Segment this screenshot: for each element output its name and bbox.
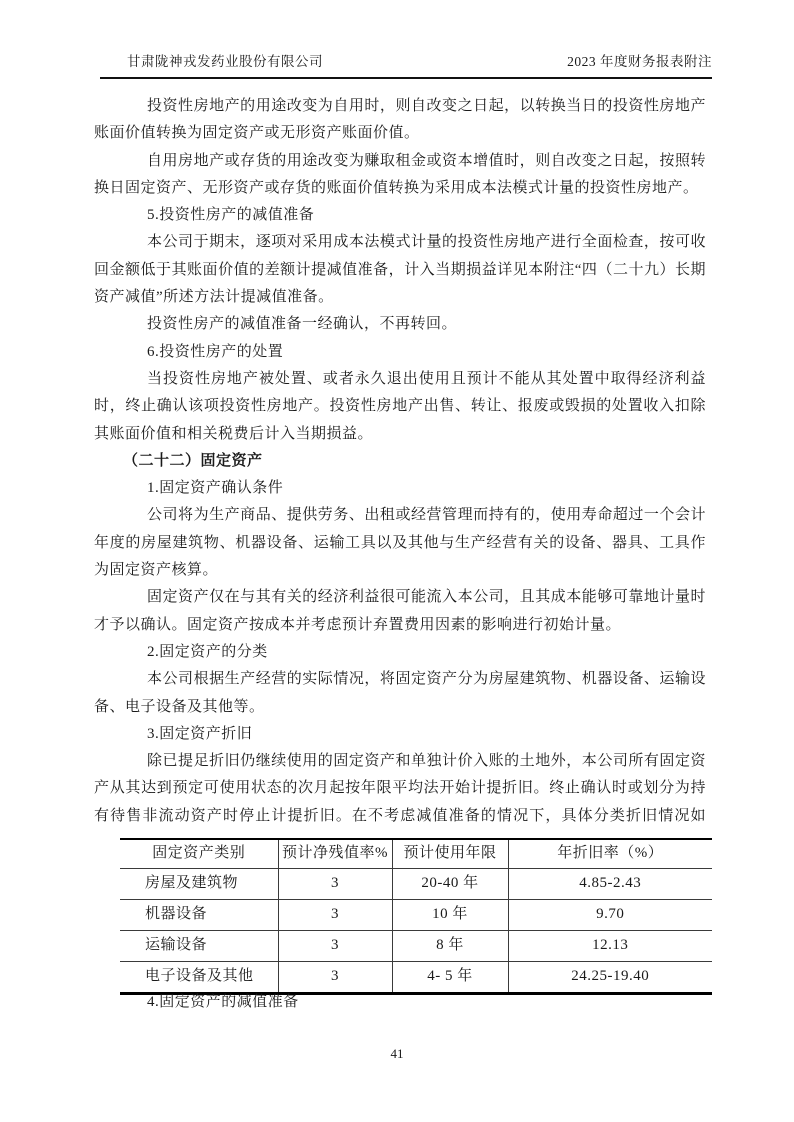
table-cell: 9.70 [508,900,712,931]
page-footer: 41 [0,1046,794,1062]
doc-title: 2023 年度财务报表附注 [567,50,712,70]
table-cell: 3 [278,931,392,962]
section-heading-fixed-assets: （二十二）固定资产 [94,448,706,475]
document-page: 甘肃陇神戎发药业股份有限公司 2023 年度财务报表附注 投资性房地产的用途改变… [0,0,794,1122]
table-header-useful-life: 预计使用年限 [392,839,508,869]
table-cell: 房屋及建筑物 [120,869,278,900]
paragraph-recognition-detail: 公司将为生产商品、提供劳务、出租或经营管理而持有的，使用寿命超过一个会计年度的房… [94,502,706,584]
table-cell: 4.85-2.43 [508,869,712,900]
paragraph-depreciation-detail: 除已提足折旧仍继续使用的固定资产和单独计价入账的土地外，本公司所有固定资产从其达… [94,748,706,830]
table-row: 运输设备 3 8 年 12.13 [120,931,712,962]
company-name: 甘肃陇神戎发药业股份有限公司 [127,50,323,70]
paragraph-classification-detail: 本公司根据生产经营的实际情况，将固定资产分为房屋建筑物、机器设备、运输设备、电子… [94,666,706,721]
table-header-asset-category: 固定资产类别 [120,839,278,869]
paragraph-own-use-to-investment-property: 自用房地产或存货的用途改变为赚取租金或资本增值时，则自改变之日起，按照转换日固定… [94,148,706,203]
item-3-depreciation: 3.固定资产折旧 [94,721,706,748]
table-cell: 8 年 [392,931,508,962]
table-cell: 运输设备 [120,931,278,962]
item-2-classification: 2.固定资产的分类 [94,639,706,666]
item-5-impairment-provision: 5.投资性房产的减值准备 [94,202,706,229]
table-row: 房屋及建筑物 3 20-40 年 4.85-2.43 [120,869,712,900]
table-cell: 20-40 年 [392,869,508,900]
table-header-depreciation-rate: 年折旧率（%） [508,839,712,869]
table-header-row: 固定资产类别 预计净残值率% 预计使用年限 年折旧率（%） [120,839,712,869]
paragraph-disposal-detail: 当投资性房地产被处置、或者永久退出使用且预计不能从其处置中取得经济利益时，终止确… [94,366,706,448]
paragraph-investment-property-to-own-use: 投资性房地产的用途改变为自用时，则自改变之日起，以转换当日的投资性房地产账面价值… [94,93,706,148]
item-6-disposal: 6.投资性房产的处置 [94,339,706,366]
page-header: 甘肃陇神戎发药业股份有限公司 2023 年度财务报表附注 [100,50,712,79]
item-1-recognition-criteria: 1.固定资产确认条件 [94,475,706,502]
paragraph-impairment-method: 本公司于期末，逐项对采用成本法模式计量的投资性房地产进行全面检查，按可收回金额低… [94,229,706,311]
depreciation-table: 固定资产类别 预计净残值率% 预计使用年限 年折旧率（%） 房屋及建筑物 3 2… [120,838,712,995]
item-4-fixed-asset-impairment: 4.固定资产的减值准备 [94,989,706,1016]
document-body: 投资性房地产的用途改变为自用时，则自改变之日起，以转换当日的投资性房地产账面价值… [94,93,712,1016]
table-header-residual-rate: 预计净残值率% [278,839,392,869]
paragraph-impairment-no-reversal: 投资性房产的减值准备一经确认，不再转回。 [94,311,706,338]
table-cell: 3 [278,869,392,900]
table-cell: 12.13 [508,931,712,962]
table-cell: 机器设备 [120,900,278,931]
page-number: 41 [391,1046,404,1061]
paragraph-initial-measurement: 固定资产仅在与其有关的经济利益很可能流入本公司，且其成本能够可靠地计量时才予以确… [94,584,706,639]
table-cell: 10 年 [392,900,508,931]
table-cell: 3 [278,900,392,931]
table-row: 机器设备 3 10 年 9.70 [120,900,712,931]
